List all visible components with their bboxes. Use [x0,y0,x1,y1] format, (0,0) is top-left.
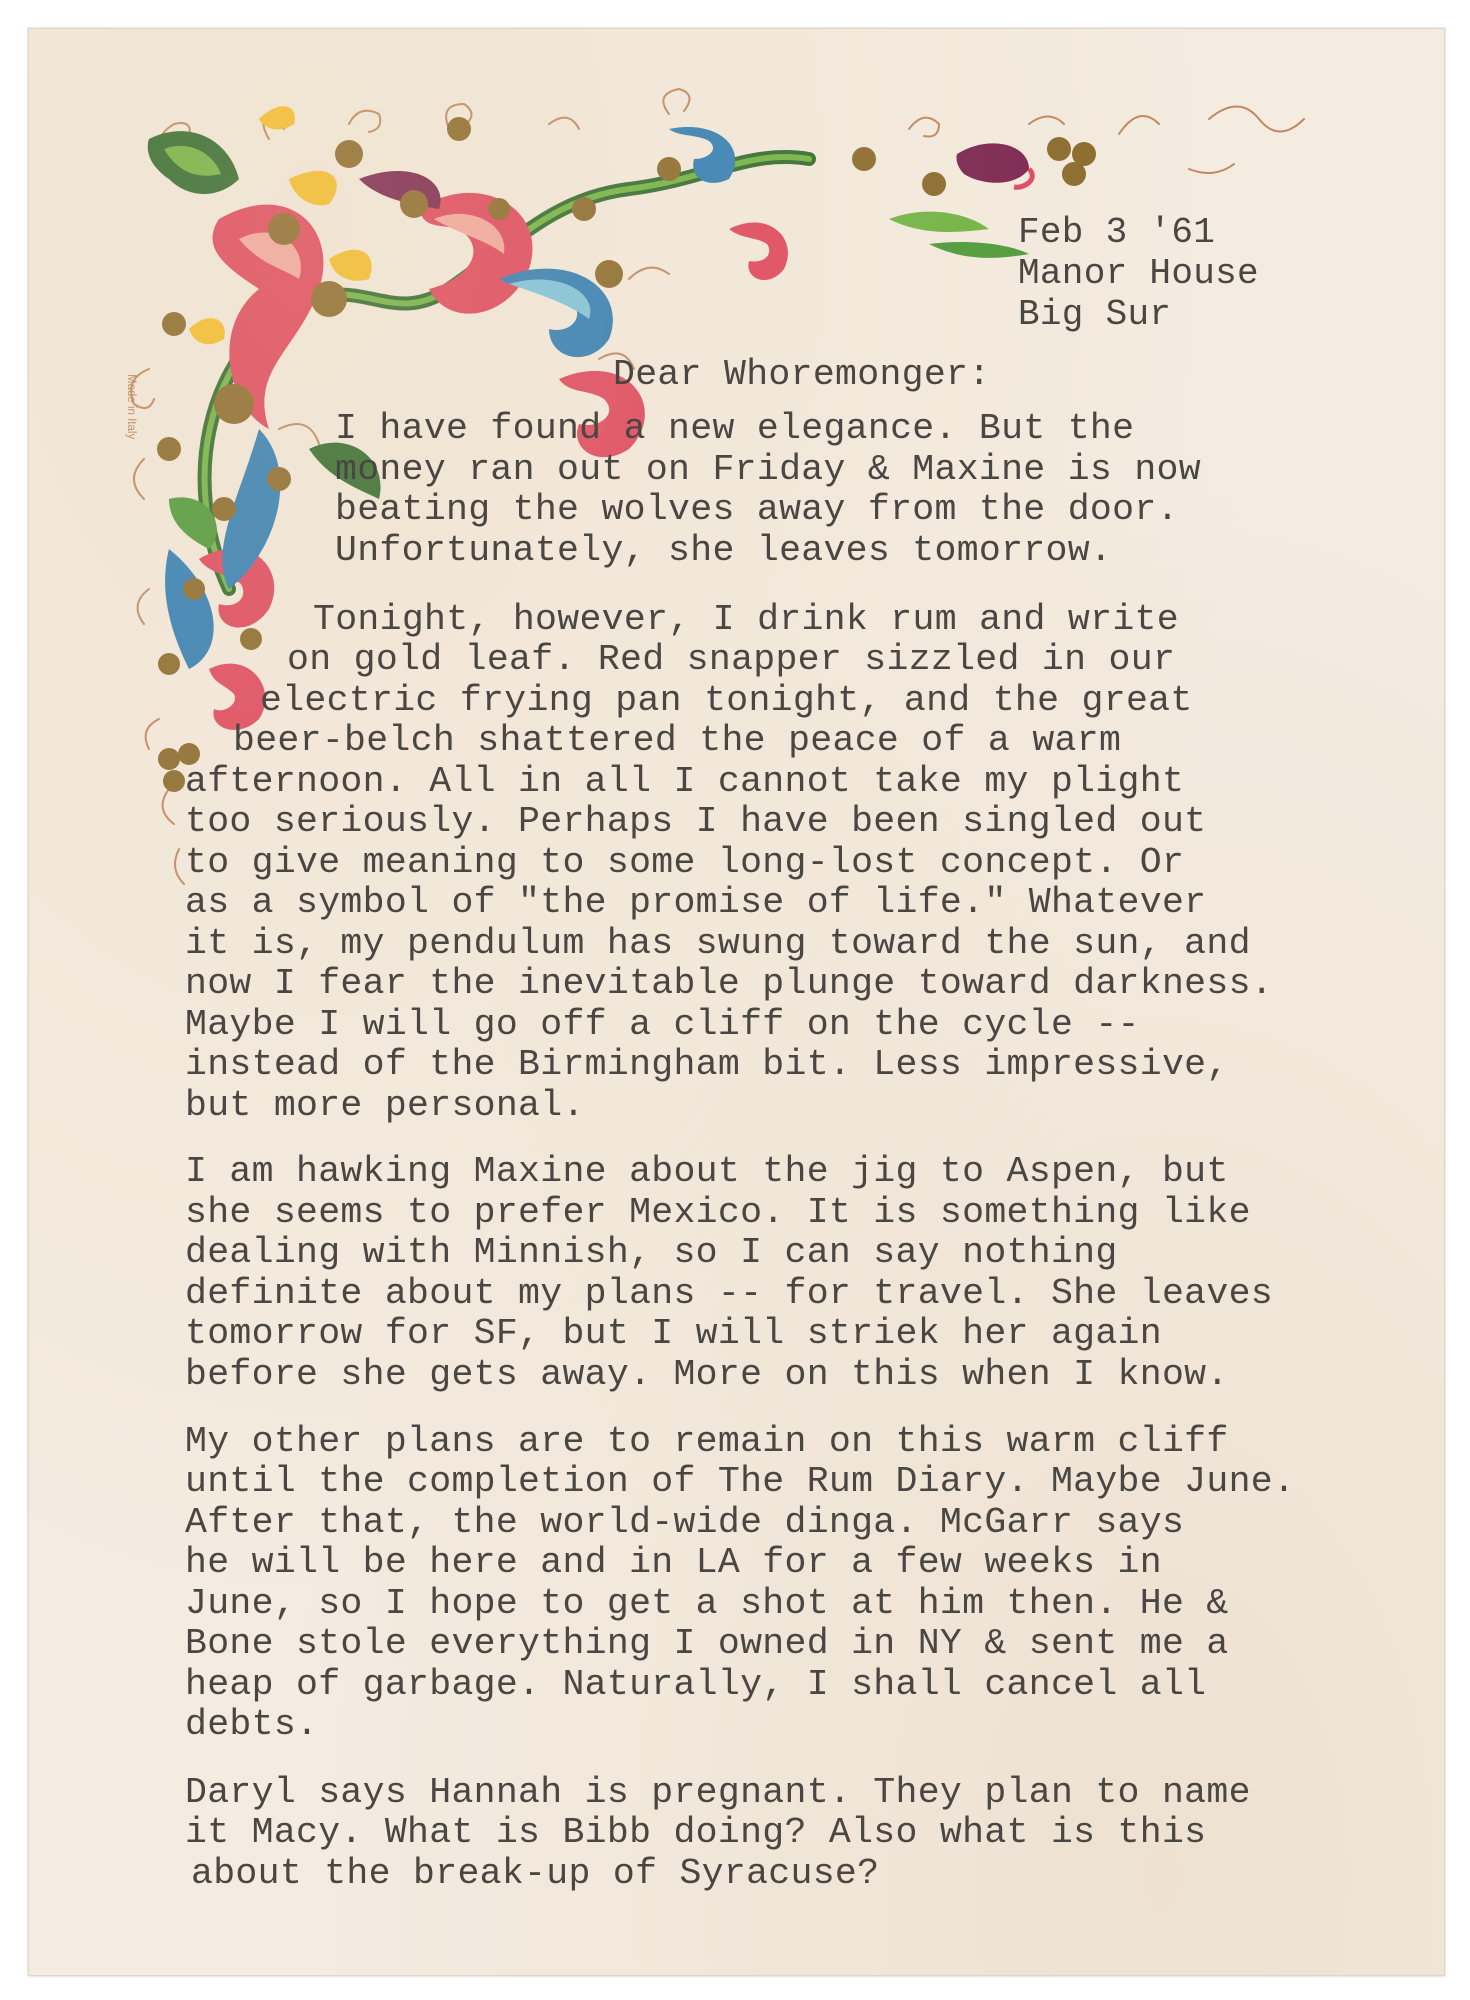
letter-line: but more personal. [185,1086,585,1127]
letter-line: now I fear the inevitable plunge toward … [185,964,1273,1005]
letter-line: tomorrow for SF, but I will striek her a… [185,1314,1162,1355]
letter-line: until the completion of The Rum Diary. M… [185,1462,1295,1503]
letter-line: afternoon. All in all I cannot take my p… [185,762,1184,803]
letter-line: beer-belch shattered the peace of a warm [233,721,1121,762]
salutation: Dear Whoremonger: [613,355,990,396]
letter-line: Maybe I will go off a cliff on the cycle… [185,1005,1140,1046]
letter-line: Tonight, however, I drink rum and write [313,600,1179,641]
letter-line: before she gets away. More on this when … [185,1355,1229,1396]
letter-line: instead of the Birmingham bit. Less impr… [185,1045,1229,1086]
letter-line: he will be here and in LA for a few week… [185,1543,1162,1584]
letter-line: My other plans are to remain on this war… [185,1422,1229,1463]
letter-line: it is, my pendulum has swung toward the … [185,924,1251,965]
letter-line: on gold leaf. Red snapper sizzled in our [287,640,1175,681]
letter-line: Daryl says Hannah is pregnant. They plan… [185,1773,1251,1814]
letter-line: about the break-up of Syracuse? [191,1854,879,1895]
letter-line: as a symbol of "the promise of life." Wh… [185,883,1206,924]
letter-line: June, so I hope to get a shot at him the… [185,1584,1229,1625]
letter-line: I am hawking Maxine about the jig to Asp… [185,1152,1229,1193]
place-line-1: Manor House [1018,253,1259,294]
place-line-2: Big Sur [1018,294,1259,335]
letter-line: she seems to prefer Mexico. It is someth… [185,1193,1251,1234]
letter-line: too seriously. Perhaps I have been singl… [185,802,1206,843]
letter-line: debts. [185,1705,318,1746]
letter-line: it Macy. What is Bibb doing? Also what i… [185,1813,1206,1854]
letter-line: definite about my plans -- for travel. S… [185,1274,1273,1315]
made-in-italy-imprint: Made in Italy [125,374,137,439]
letter-date: Feb 3 '61 [1018,212,1259,253]
letter-line: Unfortunately, she leaves tomorrow. [335,531,1112,572]
letter-line: money ran out on Friday & Maxine is now [335,450,1201,491]
letter-line: Bone stole everything I owned in NY & se… [185,1624,1229,1665]
letter-line: beating the wolves away from the door. [335,490,1179,531]
letter-line: heap of garbage. Naturally, I shall canc… [185,1665,1206,1706]
letter-line: to give meaning to some long-lost concep… [185,843,1184,884]
date-and-place-block: Feb 3 '61Manor HouseBig Sur [1018,212,1259,335]
letter-line: I have found a new elegance. But the [335,409,1134,450]
letter-line: electric frying pan tonight, and the gre… [260,681,1193,722]
letter-line: dealing with Minnish, so I can say nothi… [185,1233,1118,1274]
letter-line: After that, the world-wide dinga. McGarr… [185,1503,1184,1544]
